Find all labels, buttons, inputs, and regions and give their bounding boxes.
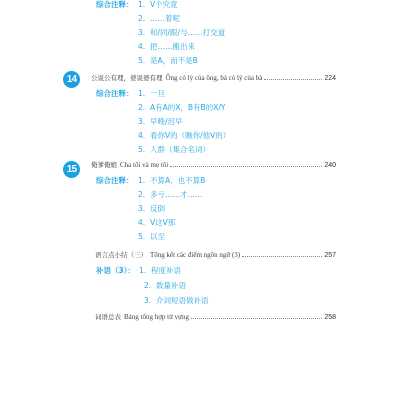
note-item: 1.V个究竟 xyxy=(138,0,178,10)
note-item: 2.A有A的X，B有B的X/Y xyxy=(138,103,225,113)
note-item: 3.反倒 xyxy=(138,204,165,214)
page-number: 258 xyxy=(324,313,336,323)
dot-leader xyxy=(191,317,322,319)
title-vietnamese: Cha tôi và mẹ tôi xyxy=(120,160,168,170)
note-item: 2.数量补语 xyxy=(144,281,186,291)
note-item: 5.是A，而不是B xyxy=(138,56,198,66)
note-item: 3.和/同/跟/与……打交道 xyxy=(138,28,225,38)
note-item: 1.程度补语 xyxy=(139,266,181,276)
note-item: 5.以至 xyxy=(138,232,165,242)
notes-label: 补语（3）： xyxy=(96,266,135,276)
note-item: 3.早晚/迟早 xyxy=(138,117,183,127)
toc-line[interactable]: 俺爹俺娘 Cha tôi và mẹ tôi 240 xyxy=(91,160,336,171)
notes-label: 综合注释： xyxy=(96,89,134,99)
title-vietnamese: Bảng tổng hợp từ vựng xyxy=(124,312,189,322)
note-item: 1.一旦 xyxy=(138,89,165,99)
note-item: 2.……着呢 xyxy=(138,14,180,24)
note-item: 4.看你V的（瞧你/他V的） xyxy=(138,131,230,141)
note-item: 4.把……搬出来 xyxy=(138,42,195,52)
page-number: 224 xyxy=(324,74,336,84)
note-item: 3.介词短语做补语 xyxy=(144,296,209,306)
title-vietnamese: Tổng kết các điểm ngôn ngữ (3) xyxy=(150,250,240,260)
notes-label: 综合注释： xyxy=(96,176,134,186)
toc-line[interactable]: 词语总表 Bảng tổng hợp từ vựng 258 xyxy=(95,312,336,323)
title-chinese: 俺爹俺娘 xyxy=(91,160,117,170)
title-chinese: 词语总表 xyxy=(95,312,121,322)
note-item: 2.多亏……才…… xyxy=(138,190,203,200)
dot-leader xyxy=(170,165,322,167)
page-number: 240 xyxy=(324,161,336,171)
dot-leader xyxy=(242,255,322,257)
note-item: 4.V这V那 xyxy=(138,218,175,228)
title-chinese: 公说公有理，婆说婆有理 xyxy=(91,73,163,83)
page-number: 257 xyxy=(324,251,336,261)
lesson-number-badge: 14 xyxy=(63,71,80,88)
dot-leader xyxy=(264,78,322,80)
notes-label: 综合注释： xyxy=(96,0,134,10)
lesson-number-badge: 15 xyxy=(63,161,80,178)
title-chinese: 语言点小结（三） xyxy=(95,250,147,260)
title-vietnamese: Ông có lý của ông, bà có lý của bà xyxy=(166,73,263,83)
toc-line[interactable]: 公说公有理，婆说婆有理 Ông có lý của ông, bà có lý … xyxy=(91,73,336,84)
note-item: 5.人群（集合名词） xyxy=(138,145,210,155)
note-item: 1.不算A，也不算B xyxy=(138,176,205,186)
toc-line[interactable]: 语言点小结（三） Tổng kết các điểm ngôn ngữ (3) … xyxy=(95,250,336,261)
